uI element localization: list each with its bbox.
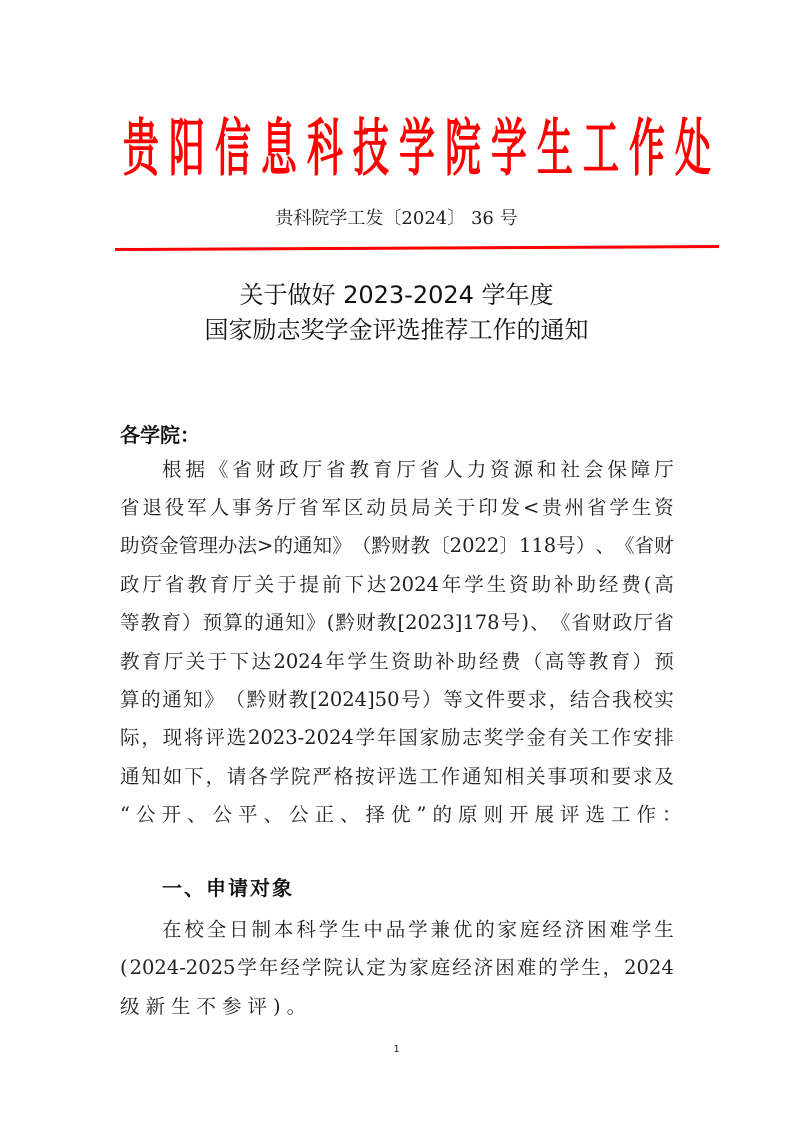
body-text-line: 通知如下，请各学院严格按评选工作通知相关事项和要求及 bbox=[120, 762, 674, 792]
body-text-line: 级新生不参评)。 bbox=[120, 992, 674, 1022]
body-text-line: 省退役军人事务厅省军区动员局关于印发<贵州省学生资 bbox=[120, 493, 674, 523]
org-letterhead-title: 贵 阳 信 息 科 技 学 院 学 生 工 作 处 bbox=[118, 108, 678, 188]
body-text: 算的通知》（黔财教[2024]50号）等文件要求，结合我校实 bbox=[120, 685, 674, 715]
body-text: 等教育）预算的通知》(黔财教[2023]178号)、《省财政厅省 bbox=[120, 608, 674, 638]
body-text: 际，现将评选2023-2024学年国家励志奖学金有关工作安排 bbox=[120, 723, 674, 753]
letterhead-char: 息 bbox=[261, 94, 297, 202]
body-text-line: 等教育）预算的通知》(黔财教[2023]178号)、《省财政厅省 bbox=[120, 608, 674, 638]
body-text-line: 在校全日制本科学生中品学兼优的家庭经济困难学生 bbox=[162, 915, 674, 945]
body-text: 助资金管理办法>的通知》（黔财教〔2022〕118号）、《省财 bbox=[120, 531, 674, 561]
body-text: 省退役军人事务厅省军区动员局关于印发<贵州省学生资 bbox=[120, 493, 674, 523]
body-text-line: 教育厅关于下达2024年学生资助补助经费（高等教育）预 bbox=[120, 647, 674, 677]
body-text-line: 际，现将评选2023-2024学年国家励志奖学金有关工作安排 bbox=[120, 723, 674, 753]
red-divider-line bbox=[115, 245, 719, 251]
letterhead-char: 学 bbox=[399, 94, 435, 202]
body-text: “公开、公平、公正、择优”的原则开展评选工作： bbox=[120, 800, 674, 830]
letterhead-char: 贵 bbox=[123, 94, 159, 202]
body-text: 通知如下，请各学院严格按评选工作通知相关事项和要求及 bbox=[120, 762, 674, 792]
section-heading: 一、申请对象 bbox=[162, 873, 294, 903]
letterhead-char: 信 bbox=[215, 94, 251, 202]
body-text-line: (2024-2025学年经学院认定为家庭经济困难的学生，2024 bbox=[120, 953, 674, 983]
document-title-line-2: 国家励志奖学金评选推荐工作的通知 bbox=[0, 313, 793, 347]
letterhead-char: 处 bbox=[675, 94, 711, 202]
letterhead-char: 阳 bbox=[169, 94, 205, 202]
letterhead-char: 作 bbox=[629, 94, 665, 202]
body-text: (2024-2025学年经学院认定为家庭经济困难的学生，2024 bbox=[120, 953, 674, 983]
body-text-line: “公开、公平、公正、择优”的原则开展评选工作： bbox=[120, 800, 674, 830]
body-text: 政厅省教育厅关于提前下达2024年学生资助补助经费(高 bbox=[120, 570, 674, 600]
body-text-line: 政厅省教育厅关于提前下达2024年学生资助补助经费(高 bbox=[120, 570, 674, 600]
letterhead-char: 工 bbox=[583, 94, 619, 202]
page-number: 1 bbox=[0, 1042, 793, 1058]
letterhead-char: 学 bbox=[491, 94, 527, 202]
letterhead-char: 院 bbox=[445, 94, 481, 202]
document-title-line-1: 关于做好 2023-2024 学年度 bbox=[0, 278, 793, 312]
letterhead-char: 科 bbox=[307, 94, 343, 202]
letterhead-char: 生 bbox=[537, 94, 573, 202]
body-text: 在校全日制本科学生中品学兼优的家庭经济困难学生 bbox=[162, 915, 674, 945]
document-number: 贵科院学工发〔2024〕 36 号 bbox=[0, 205, 793, 233]
body-text-line: 助资金管理办法>的通知》（黔财教〔2022〕118号）、《省财 bbox=[120, 531, 674, 561]
body-text-line: 根据《省财政厅省教育厅省人力资源和社会保障厅 bbox=[162, 455, 674, 485]
letterhead-char: 技 bbox=[353, 94, 389, 202]
salutation: 各学院： bbox=[120, 420, 200, 450]
body-text: 根据《省财政厅省教育厅省人力资源和社会保障厅 bbox=[162, 455, 674, 485]
body-text: 教育厅关于下达2024年学生资助补助经费（高等教育）预 bbox=[120, 647, 674, 677]
body-text-line: 算的通知》（黔财教[2024]50号）等文件要求，结合我校实 bbox=[120, 685, 674, 715]
document-page: 贵 阳 信 息 科 技 学 院 学 生 工 作 处 贵科院学工发〔2024〕 3… bbox=[0, 0, 793, 1122]
body-text: 级新生不参评)。 bbox=[120, 992, 674, 1022]
